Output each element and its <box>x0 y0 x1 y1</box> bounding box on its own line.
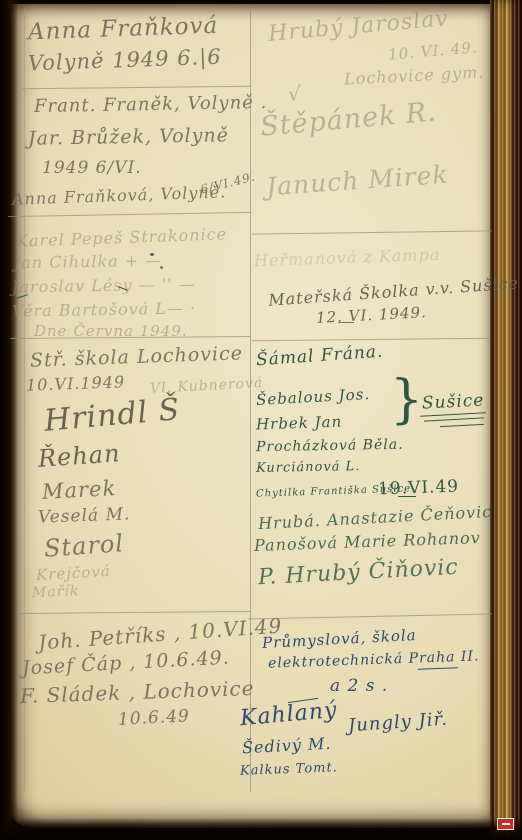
check-mark: √ <box>288 82 302 106</box>
underline-vi <box>338 322 354 323</box>
underline-vi <box>398 496 416 497</box>
signature-vesela: Veselá M. <box>38 504 131 527</box>
scanned-guestbook-page: Anna Fraňková Volyně 1949 6.|6 Frant. Fr… <box>0 0 522 840</box>
signature-jan-cihulka: Jan Cihulka + — <box>14 251 163 273</box>
signature-jar-bruzek: Jar. Brůžek, Volyně <box>28 124 229 150</box>
school-lochovice-date: 10.VI.1949 <box>26 372 126 394</box>
signature-bruzek-date: 1949 6/VI. <box>42 158 142 178</box>
signature-marek: Marek <box>41 476 116 504</box>
book-fore-edge <box>490 0 522 840</box>
signature-rehan: Řehan <box>37 439 121 473</box>
signature-marik: Mařík <box>32 583 80 601</box>
date-cervna-1949: Dne Června 1949. <box>34 322 188 340</box>
signature-jaroslav-lesy: Jaroslav Lésy — '' — <box>12 274 196 296</box>
red-marker-badge <box>497 818 514 830</box>
green-ink-smudge <box>160 266 163 269</box>
book-gutter-shadow <box>0 0 18 840</box>
brace-mark: } <box>390 370 424 430</box>
class-a2s: a 2 s . <box>330 676 388 696</box>
signature-vera-bartosova: Věra Bartošová L— · <box>12 298 196 320</box>
signature-sladek-date: 10.6.49 <box>118 706 191 730</box>
signature-prochazkova: Procházková Běla. <box>256 437 404 456</box>
signature-kurcianova: Kurciánová L. <box>256 459 361 476</box>
date-19-vi-49: 19.VI.49 <box>378 477 460 500</box>
center-column-rule <box>250 6 251 792</box>
town-susice: Sušice <box>422 390 485 413</box>
signature-frant-franek: Frant. Franěk, Volyně . <box>34 92 268 117</box>
green-ink-smudge <box>150 253 154 256</box>
page-bottom-shadow <box>0 818 522 840</box>
signature-starol: Starol <box>43 529 125 563</box>
signature-hrbek-jan: Hrbek Jan <box>256 413 343 434</box>
